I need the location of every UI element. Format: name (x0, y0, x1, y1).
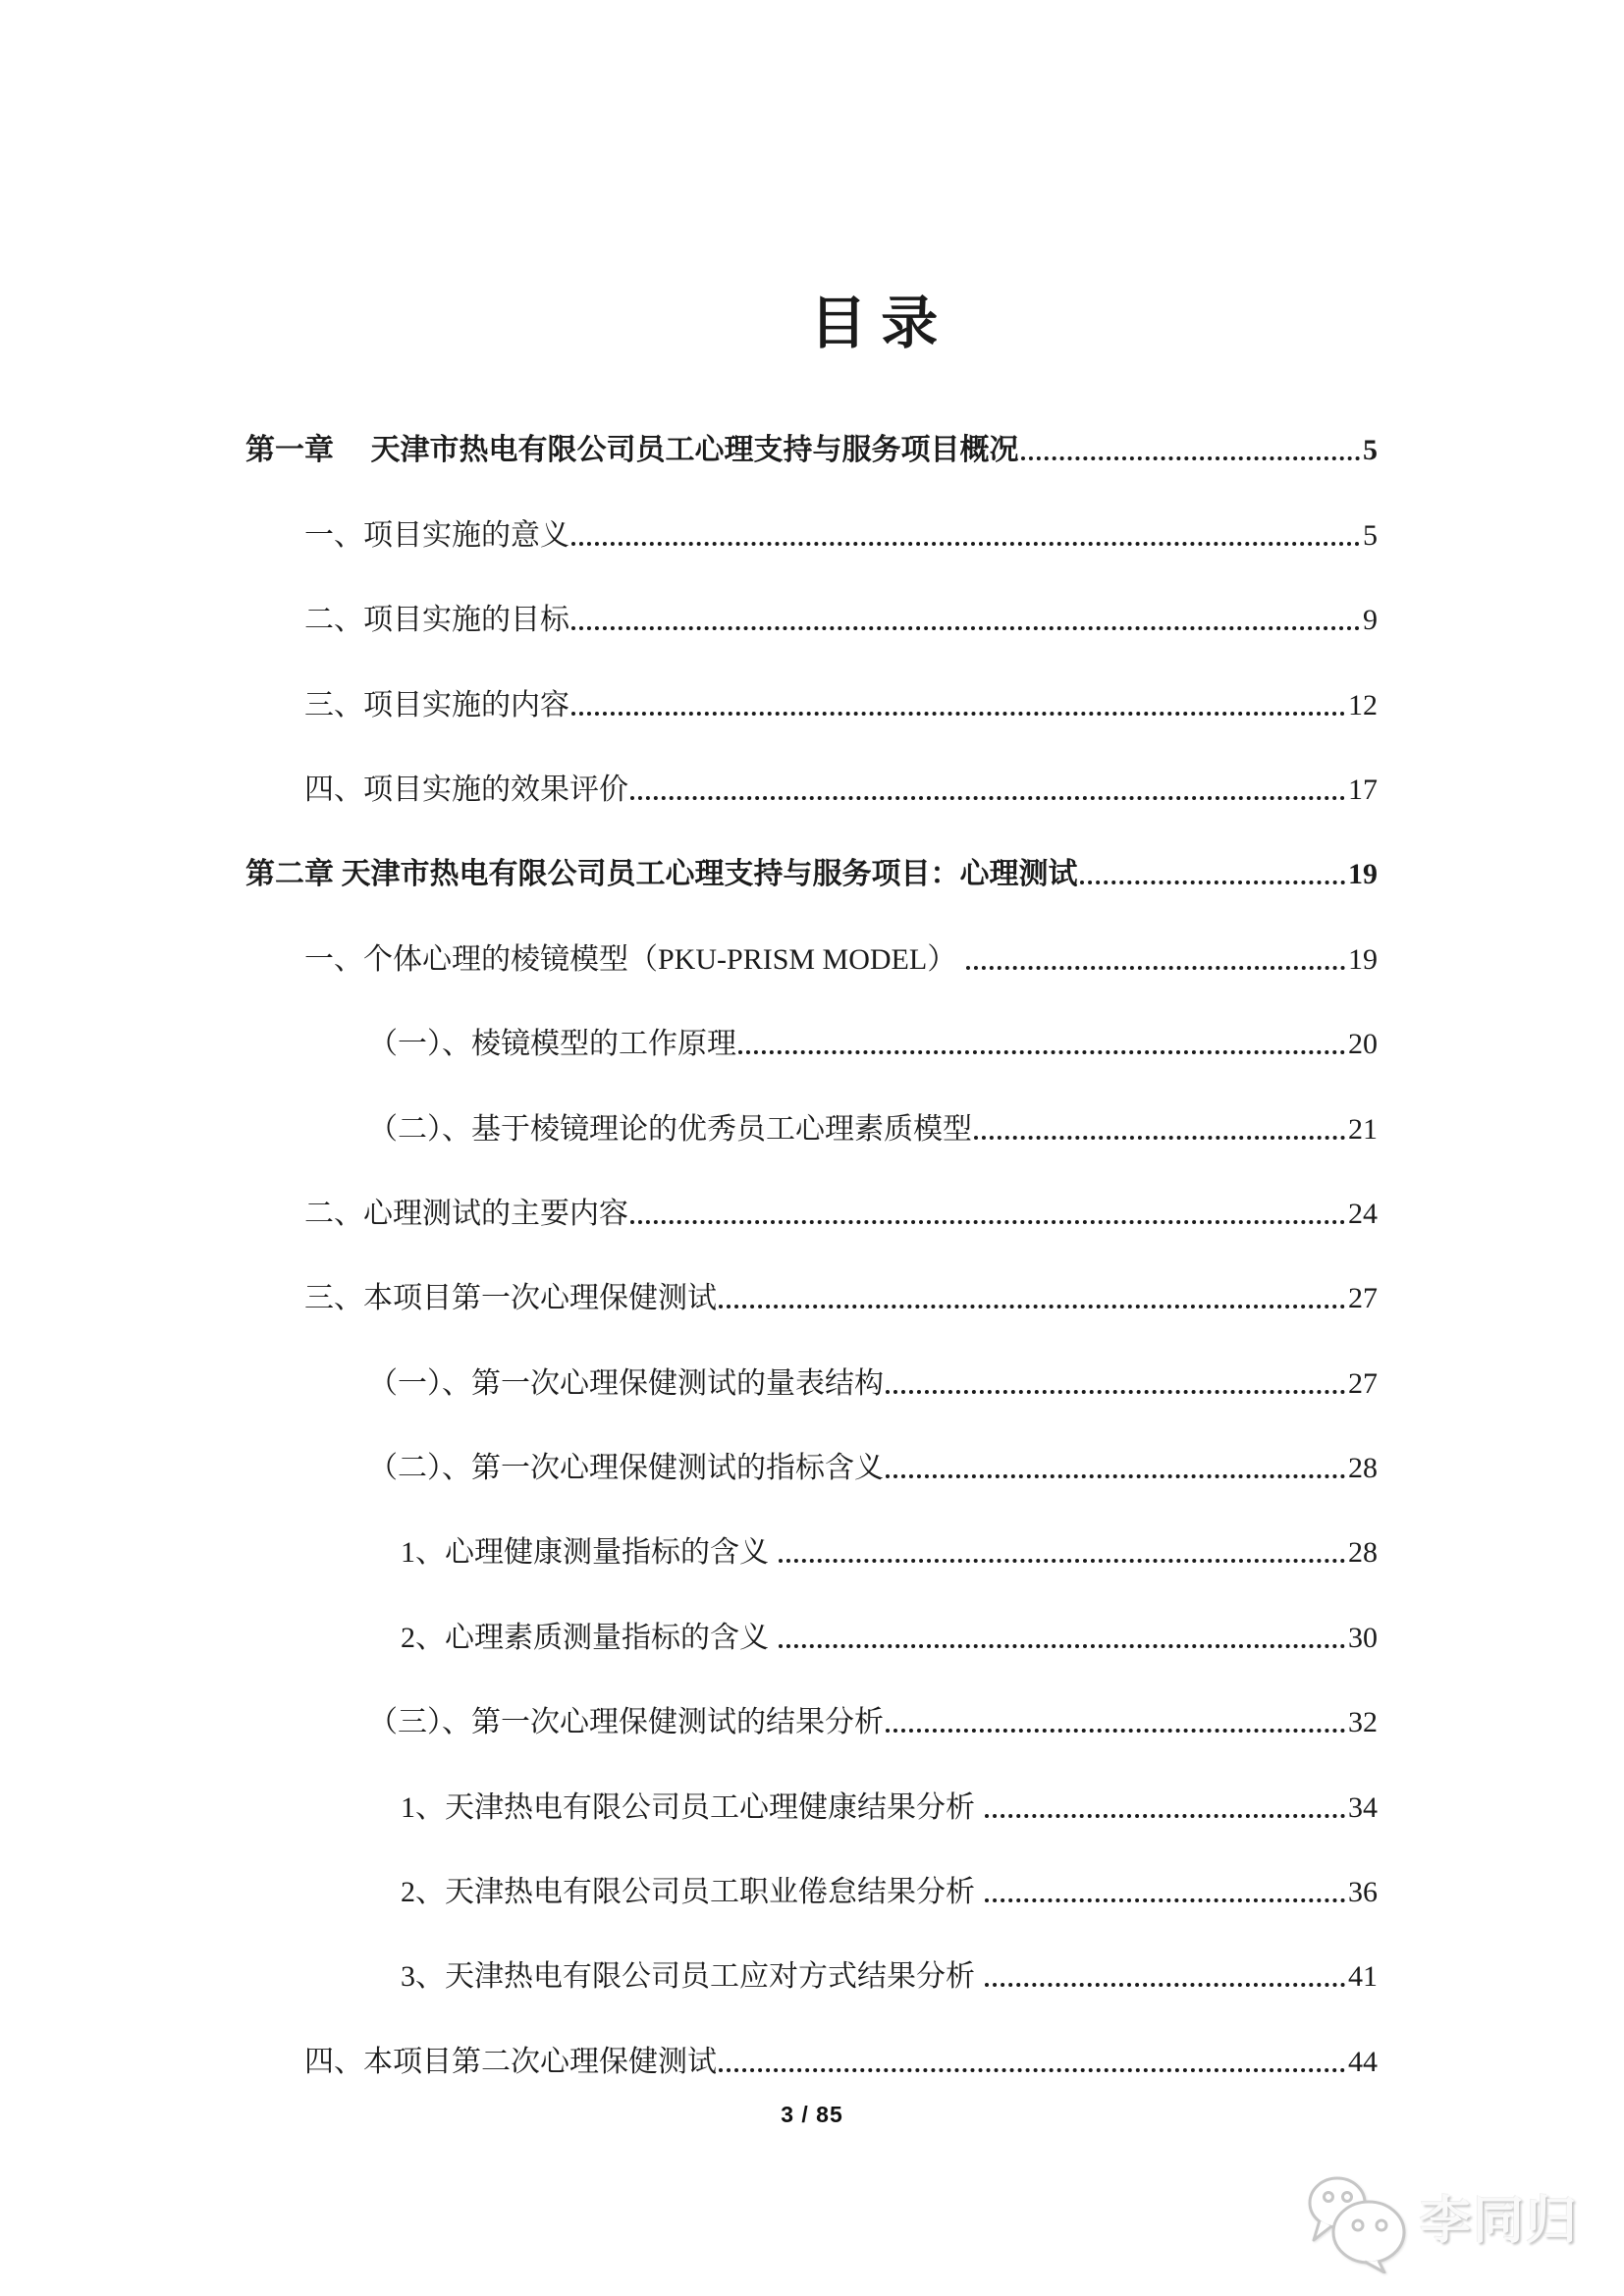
toc-entry-text: （一）、棱镜模型的工作原理 (368, 1030, 736, 1059)
toc-entry-page-number: 34 (1348, 1793, 1378, 1823)
toc-entry-text: 第二章 天津市热电有限公司员工心理支持与服务项目：心理测试 (245, 860, 1078, 889)
toc-entry-text: （二）、第一次心理保健测试的指标含义 (368, 1454, 884, 1483)
dot-leader (571, 626, 1360, 630)
toc-entry[interactable]: 3、天津热电有限公司员工应对方式结果分析 41 (0, 1933, 1378, 2017)
toc-entry-text: 二、项目实施的目标 (304, 606, 569, 635)
toc-entry-page-number: 30 (1348, 1624, 1378, 1653)
toc-entry-text: 1、心理健康测量指标的含义 (401, 1538, 777, 1568)
wechat-icon (1306, 2171, 1408, 2273)
toc-entry-text: 2、天津热电有限公司员工职业倦怠结果分析 (401, 1878, 983, 1907)
toc-entry[interactable]: 二、项目实施的目标9 (0, 576, 1378, 661)
toc-entry[interactable]: 1、天津热电有限公司员工心理健康结果分析 34 (0, 1763, 1378, 1847)
toc-entry[interactable]: 三、项目实施的内容12 (0, 661, 1378, 745)
toc-entry[interactable]: 1、心理健康测量指标的含义 28 (0, 1509, 1378, 1593)
dot-leader (779, 1644, 1346, 1648)
toc-entry[interactable]: 第二章 天津市热电有限公司员工心理支持与服务项目：心理测试19 (0, 830, 1378, 915)
toc-entry-text: （三）、第一次心理保健测试的结果分析 (368, 1708, 884, 1737)
toc-entry-page-number: 5 (1363, 521, 1378, 551)
toc-entry-text: 2、心理素质测量指标的含义 (401, 1624, 777, 1653)
page-number-indicator: 3 / 85 (0, 2102, 1624, 2128)
toc-entry-text: 四、项目实施的效果评价 (304, 775, 628, 805)
dot-leader (886, 1390, 1345, 1394)
dot-leader (719, 2068, 1345, 2072)
toc-entry-text: 三、本项目第一次心理保健测试 (304, 1284, 717, 1313)
toc-entry-text: 一、个体心理的棱镜模型（PKU-PRISM MODEL） (304, 945, 964, 975)
toc-entry-page-number: 21 (1348, 1115, 1378, 1145)
toc-entry[interactable]: （二）、基于棱镜理论的优秀员工心理素质模型21 (0, 1085, 1378, 1169)
toc-entry-page-number: 41 (1348, 1962, 1378, 1992)
toc-entry-text: （二）、基于棱镜理论的优秀员工心理素质模型 (368, 1115, 972, 1145)
toc-entry[interactable]: （一）、第一次心理保健测试的量表结构27 (0, 1339, 1378, 1423)
toc-entry-page-number: 36 (1348, 1878, 1378, 1907)
dot-leader (719, 1305, 1345, 1308)
dot-leader (738, 1050, 1345, 1054)
toc-entry[interactable]: 四、本项目第二次心理保健测试44 (0, 2017, 1378, 2102)
toc-entry[interactable]: （三）、第一次心理保健测试的结果分析32 (0, 1679, 1378, 1763)
dot-leader (571, 542, 1360, 546)
dot-leader (779, 1559, 1346, 1563)
toc-entry-page-number: 28 (1348, 1538, 1378, 1568)
toc-entry[interactable]: 2、天津热电有限公司员工职业倦怠结果分析 36 (0, 1848, 1378, 1933)
dot-leader (886, 1729, 1345, 1733)
toc-entry-text: 3、天津热电有限公司员工应对方式结果分析 (401, 1962, 983, 1992)
toc-entry-page-number: 17 (1348, 775, 1378, 805)
toc-entry-page-number: 27 (1348, 1369, 1378, 1399)
toc-list: 第一章 天津市热电有限公司员工心理支持与服务项目概况5一、项目实施的意义5二、项… (0, 406, 1378, 2103)
dot-leader (966, 966, 1345, 970)
dot-leader (886, 1474, 1345, 1478)
toc-entry-page-number: 9 (1363, 606, 1378, 635)
toc-entry-page-number: 5 (1363, 436, 1378, 465)
watermark: 李同归 (1306, 2171, 1579, 2273)
dot-leader (1021, 456, 1361, 460)
toc-entry[interactable]: 一、项目实施的意义5 (0, 491, 1378, 575)
dot-leader (630, 796, 1345, 800)
toc-entry-text: 四、本项目第二次心理保健测试 (304, 2048, 717, 2077)
toc-entry[interactable]: （一）、棱镜模型的工作原理20 (0, 1000, 1378, 1085)
toc-entry-text: 第一章 天津市热电有限公司员工心理支持与服务项目概况 (245, 436, 1019, 465)
toc-entry[interactable]: 一、个体心理的棱镜模型（PKU-PRISM MODEL） 19 (0, 915, 1378, 999)
dot-leader (985, 1898, 1346, 1902)
dot-leader (571, 712, 1345, 716)
toc-entry[interactable]: （二）、第一次心理保健测试的指标含义28 (0, 1424, 1378, 1509)
toc-entry[interactable]: 四、项目实施的效果评价17 (0, 746, 1378, 830)
toc-entry-page-number: 12 (1348, 691, 1378, 721)
toc-entry-text: （一）、第一次心理保健测试的量表结构 (368, 1369, 884, 1399)
toc-entry[interactable]: 二、心理测试的主要内容24 (0, 1170, 1378, 1255)
toc-entry-page-number: 19 (1348, 945, 1378, 975)
toc-entry-page-number: 27 (1348, 1284, 1378, 1313)
toc-entry[interactable]: 三、本项目第一次心理保健测试27 (0, 1255, 1378, 1339)
toc-entry-text: 一、项目实施的意义 (304, 521, 569, 551)
toc-entry-page-number: 19 (1348, 860, 1378, 889)
toc-entry-page-number: 32 (1348, 1708, 1378, 1737)
toc-entry-text: 1、天津热电有限公司员工心理健康结果分析 (401, 1793, 983, 1823)
page-title-text: 目 录 (810, 292, 939, 355)
toc-entry-page-number: 28 (1348, 1454, 1378, 1483)
toc-entry-page-number: 20 (1348, 1030, 1378, 1059)
dot-leader (630, 1220, 1345, 1224)
toc-entry[interactable]: 第一章 天津市热电有限公司员工心理支持与服务项目概况5 (0, 406, 1378, 491)
toc-entry[interactable]: 2、心理素质测量指标的含义 30 (0, 1593, 1378, 1678)
dot-leader (1080, 881, 1346, 884)
watermark-text: 李同归 (1420, 2197, 1579, 2248)
toc-entry-text: 三、项目实施的内容 (304, 691, 569, 721)
page-title: 目 录 (0, 290, 1624, 358)
toc-entry-page-number: 44 (1348, 2048, 1378, 2077)
toc-entry-text: 二、心理测试的主要内容 (304, 1200, 628, 1229)
dot-leader (985, 1983, 1346, 1987)
dot-leader (974, 1136, 1345, 1140)
toc-entry-page-number: 24 (1348, 1200, 1378, 1229)
dot-leader (985, 1814, 1346, 1818)
